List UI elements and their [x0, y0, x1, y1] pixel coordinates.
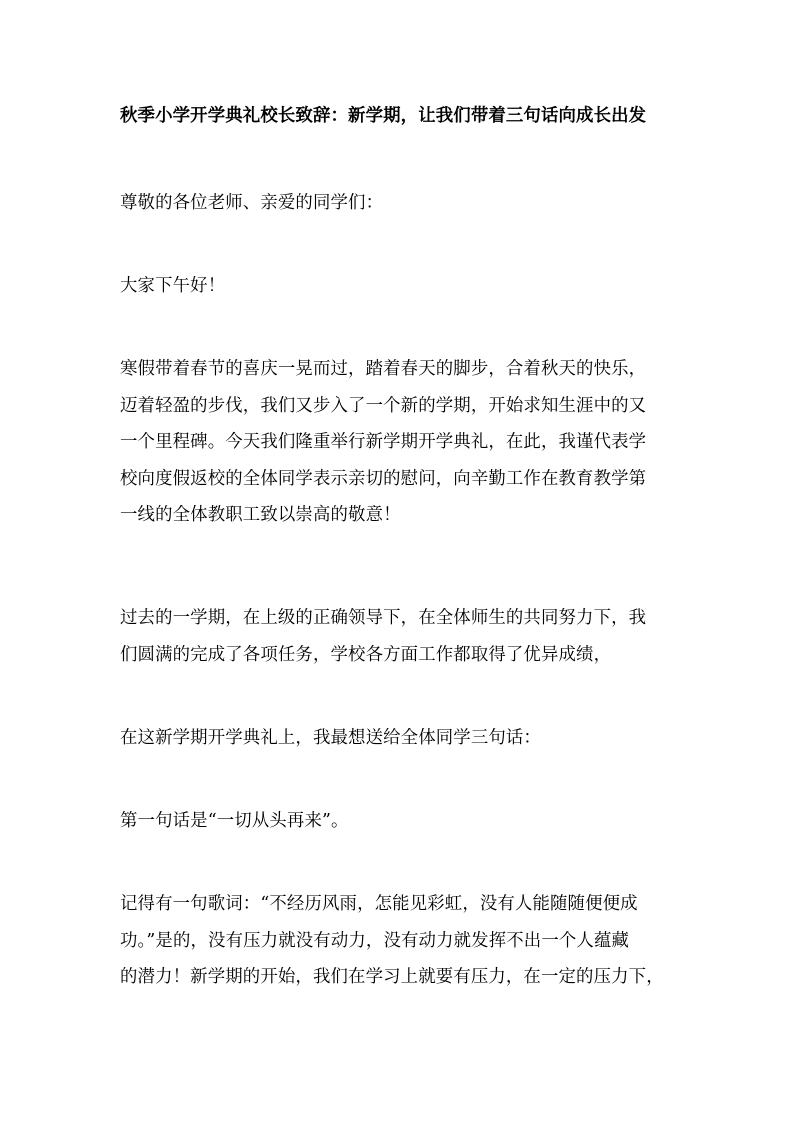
- text-line: 过去的一学期，在上级的正确领导下，在全体师生的共同努力下，我: [120, 600, 680, 637]
- text-line: 寒假带着春节的喜庆一晃而过，踏着春天的脚步，合着秋天的快乐，: [120, 351, 680, 388]
- text-line: 一个里程碑。今天我们隆重举行新学期开学典礼，在此，我谨代表学: [120, 424, 680, 461]
- text-line: 功。”是的，没有压力就没有动力，没有动力就发挥不出一个人蕴藏: [120, 923, 680, 960]
- text-line: 大家下午好！: [120, 268, 680, 305]
- body-paragraph-2: 过去的一学期，在上级的正确领导下，在全体师生的共同努力下，我 们圆满的完成了各项…: [120, 600, 680, 673]
- text-line: 在这新学期开学典礼上，我最想送给全体同学三句话：: [120, 720, 680, 757]
- text-line: 一线的全体教职工致以崇高的敬意！: [120, 497, 680, 534]
- text-line: 记得有一句歌词：“不经历风雨，怎能见彩虹，没有人能随随便便成: [120, 886, 680, 923]
- text-line: 第一句话是“一切从头再来”。: [120, 803, 680, 840]
- salutation-paragraph: 大家下午好！: [120, 268, 680, 305]
- text-line: 尊敬的各位老师、亲爱的同学们：: [120, 185, 680, 222]
- body-paragraph-3: 在这新学期开学典礼上，我最想送给全体同学三句话：: [120, 720, 680, 757]
- body-paragraph-1: 寒假带着春节的喜庆一晃而过，踏着春天的脚步，合着秋天的快乐， 迈着轻盈的步伐，我…: [120, 351, 680, 534]
- document-title: 秋季小学开学典礼校长致辞：新学期，让我们带着三句话向成长出发: [120, 104, 700, 128]
- greeting-paragraph: 尊敬的各位老师、亲爱的同学们：: [120, 185, 680, 222]
- text-line: 的潜力！新学期的开始，我们在学习上就要有压力，在一定的压力下，: [120, 959, 680, 996]
- first-sentence-heading: 第一句话是“一切从头再来”。: [120, 803, 680, 840]
- text-line: 校向度假返校的全体同学表示亲切的慰问，向辛勤工作在教育教学第: [120, 461, 680, 498]
- body-paragraph-4: 记得有一句歌词：“不经历风雨，怎能见彩虹，没有人能随随便便成 功。”是的，没有压…: [120, 886, 680, 996]
- text-line: 们圆满的完成了各项任务，学校各方面工作都取得了优异成绩，: [120, 637, 680, 674]
- text-line: 迈着轻盈的步伐，我们又步入了一个新的学期，开始求知生涯中的又: [120, 388, 680, 425]
